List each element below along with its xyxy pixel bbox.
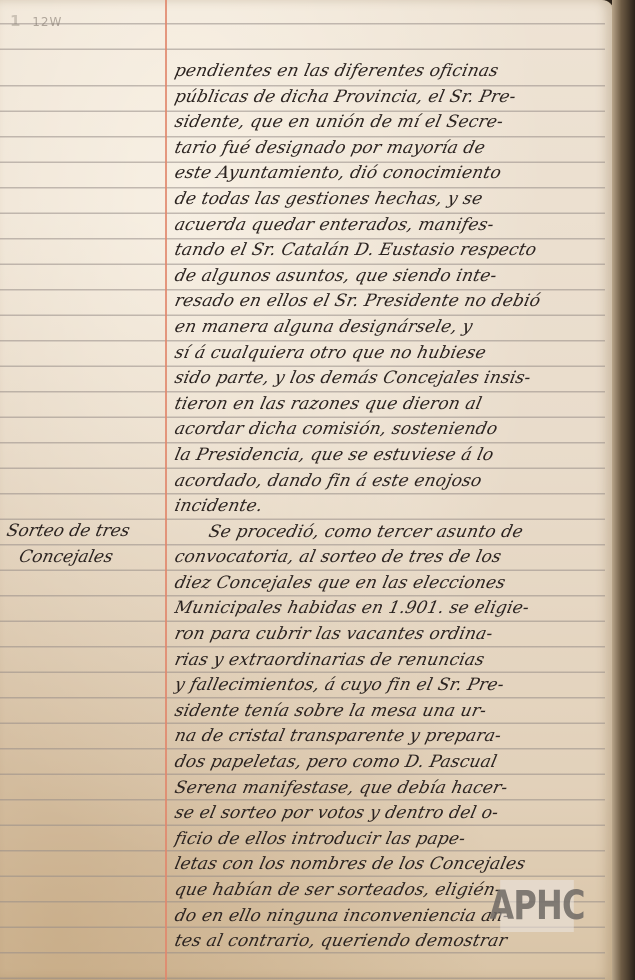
manuscript-line: incidente. <box>172 494 613 520</box>
manuscript-line: de algunos asuntos, que siendo inte- <box>172 264 613 290</box>
manuscript-line: tando el Sr. Catalán D. Eustasio respect… <box>172 238 613 264</box>
manuscript-line: ficio de ellos introducir las pape- <box>172 827 613 853</box>
manuscript-line: ron para cubrir las vacantes ordina- <box>172 622 613 648</box>
faded-page-mark: 1 <box>10 12 21 30</box>
manuscript-line: tieron en las razones que dieron al <box>172 392 613 418</box>
manuscript-line: dos papeletas, pero como D. Pascual <box>172 750 613 776</box>
manuscript-line: sí á cualquiera otro que no hubiese <box>172 341 613 367</box>
manuscript-line: Municipales habidas en 1.901. se eligie- <box>172 596 613 622</box>
manuscript-line: rias y extraordinarias de renuncias <box>172 648 613 674</box>
manuscript-line: se el sorteo por votos y dentro del o- <box>172 801 613 827</box>
margin-heading-line-1: Sorteo de tres <box>4 519 167 545</box>
manuscript-line: este Ayuntamiento, dió conocimiento <box>172 161 613 187</box>
manuscript-line: sidente, que en unión de mí el Secre- <box>172 110 613 136</box>
manuscript-line: y fallecimientos, á cuyo fin el Sr. Pre- <box>172 673 613 699</box>
manuscript-line: diez Concejales que en las elecciones <box>172 571 613 597</box>
manuscript-line: pendientes en las diferentes oficinas <box>172 59 613 85</box>
manuscript-line: na de cristal transparente y prepara- <box>172 724 613 750</box>
manuscript-line: resado en ellos el Sr. Presidente no deb… <box>172 289 613 315</box>
manuscript-line: públicas de dicha Provincia, el Sr. Pre- <box>172 85 613 111</box>
corner-annotation: 1 12W <box>10 12 62 30</box>
manuscript-line: Serena manifestase, que debía hacer- <box>172 776 613 802</box>
book-binding-edge <box>612 0 635 980</box>
margin-heading: Sorteo de tres Concejales <box>0 519 167 570</box>
manuscript-line: acordado, dando fin á este enojoso <box>172 469 613 495</box>
red-margin-rule <box>165 0 167 980</box>
manuscript-line: Se procedió, como tercer asunto de <box>172 520 613 546</box>
manuscript-line: en manera alguna designársele, y <box>172 315 613 341</box>
manuscript-line: tario fué designado por mayoría de <box>172 136 613 162</box>
manuscript-line: acordar dicha comisión, sosteniendo <box>172 417 613 443</box>
manuscript-line: convocatoria, al sorteo de tres de los <box>172 545 613 571</box>
margin-heading-line-2: Concejales <box>0 545 162 571</box>
manuscript-line: la Presidencia, que se estuviese á lo <box>172 443 613 469</box>
aphc-watermark: APHC <box>500 880 574 932</box>
manuscript-line: sido parte, y los demás Concejales insis… <box>172 366 613 392</box>
manuscript-line: sidente tenía sobre la mesa una ur- <box>172 699 613 725</box>
manuscript-line: letas con los nombres de los Concejales <box>172 852 613 878</box>
ledger-page: 1 12W Sorteo de tres Concejales pendient… <box>0 0 614 980</box>
manuscript-line: de todas las gestiones hechas, y se <box>172 187 613 213</box>
manuscript-line: tes al contrario, queriendo demostrar <box>172 929 613 955</box>
pencil-note: 12W <box>32 15 62 29</box>
handwritten-body: pendientes en las diferentes oficinaspúb… <box>172 59 608 955</box>
manuscript-line: acuerda quedar enterados, manifes- <box>172 213 613 239</box>
